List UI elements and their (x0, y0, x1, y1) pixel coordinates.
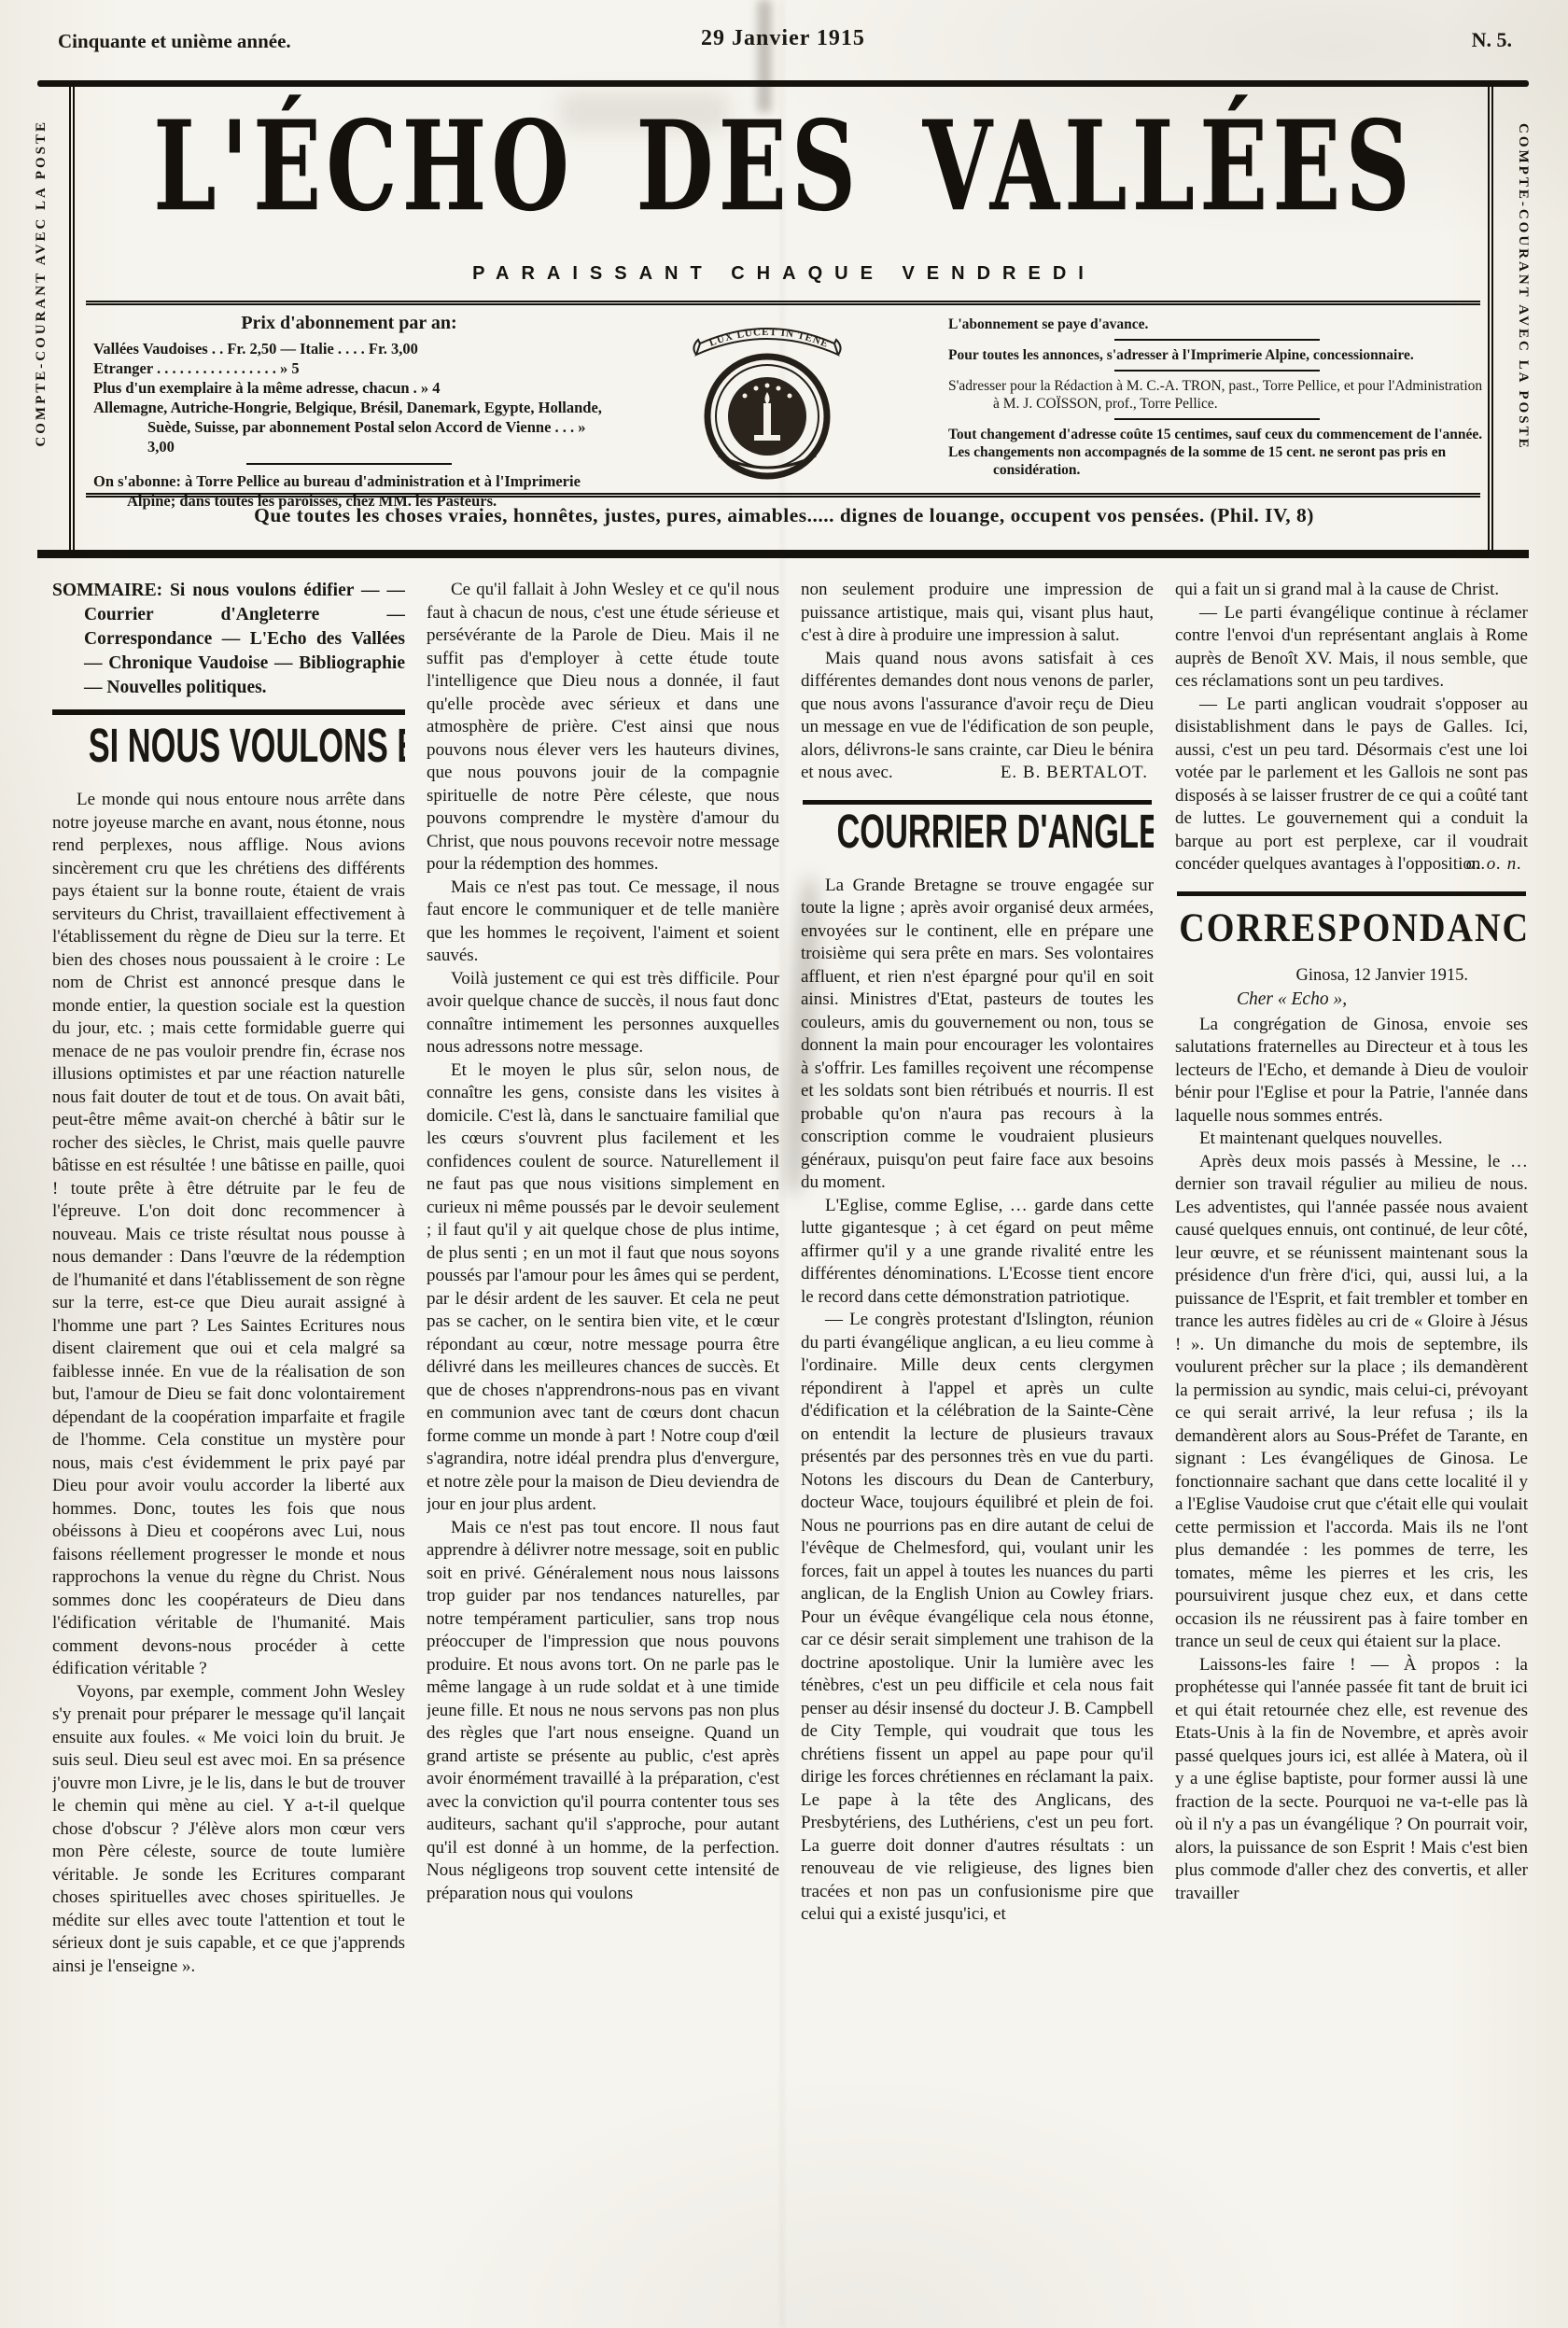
newspaper-subtitle: PARAISSANT CHAQUE VENDREDI (0, 263, 1568, 285)
price-line: Etranger . . . . . . . . . . . . . . . .… (93, 358, 605, 378)
masthead: L'ÉCHO DES VALLÉES (0, 93, 1568, 199)
divider (1177, 891, 1526, 896)
divider (86, 493, 1480, 498)
newspaper-page: Cinquante et unième année. 29 Janvier 19… (0, 0, 1568, 2328)
article-paragraph: Voilà justement ce qui est très difficil… (427, 968, 779, 1059)
author-signature-text: o. o. n. (1466, 854, 1522, 874)
price-line: Allemagne, Autriche-Hongrie, Belgique, B… (93, 398, 605, 456)
article-paragraph: Mais ce n'est pas tout. Ce message, il n… (427, 877, 779, 968)
notice-line: Tout changement d'adresse coûte 15 centi… (948, 426, 1486, 443)
scripture-motto: Que toutes les choses vraies, honnêtes, … (56, 504, 1512, 527)
article-paragraph: Ce qu'il fallait à John Wesley et ce qu'… (427, 579, 779, 877)
divider (246, 463, 452, 465)
svg-text:LUX LUCET IN TENEBRIS: LUX LUCET IN TENEBRIS (687, 306, 831, 350)
salutation: Cher « Echo », (1175, 989, 1528, 1010)
dateline: Ginosa, 12 Janvier 1915. (1175, 966, 1528, 986)
article-paragraph: La congrégation de Ginosa, envoie ses sa… (1175, 1014, 1528, 1129)
article-paragraph: qui a fait un si grand mal à la cause de… (1175, 579, 1528, 602)
article-paragraph: Le monde qui nous entoure nous arrête da… (52, 789, 405, 1681)
article-heading-correspondance: CORRESPONDANCE. (1175, 909, 1528, 951)
top-rule (37, 80, 1529, 87)
article-heading-text: COURRIER D'ANGLETERRE. (836, 806, 1154, 860)
article-paragraph: Après deux mois passés à Messine, le … d… (1175, 1151, 1528, 1654)
emblem-seal-icon: LUX LUCET IN TENEBRIS (687, 306, 847, 491)
article-paragraph: La Grande Bretagne se trouve engagée sur… (801, 875, 1154, 1195)
emblem-motto: LUX LUCET IN TENEBRIS (687, 306, 831, 350)
article-heading-text: CORRESPONDANCE. (1179, 904, 1528, 950)
column-1: SOMMAIRE: Si nous voulons édifier — — Co… (52, 579, 405, 2309)
divider (86, 301, 1480, 305)
top-bar: Cinquante et unième année. 29 Janvier 19… (37, 24, 1529, 62)
article-paragraph: Voyons, par exemple, comment John Wesley… (52, 1681, 405, 1979)
column-3: non seulement produire une impression de… (801, 579, 1154, 2309)
divider (1114, 370, 1320, 372)
divider (1114, 418, 1320, 420)
notice-line: Les changements non accompagnés de la so… (948, 443, 1486, 479)
notices-box: L'abonnement se paye d'avance. Pour tout… (948, 316, 1486, 479)
article-heading-courrier: COURRIER D'ANGLETERRE. (801, 818, 1154, 860)
divider (52, 709, 405, 715)
sommaire: SOMMAIRE: Si nous voulons édifier — — Co… (52, 579, 405, 700)
article-heading-text: SI NOUS VOULONS ÉDIFIER. (89, 720, 405, 774)
notice-line: S'adresser pour la Rédaction à M. C.-A. … (948, 377, 1486, 413)
masthead-emblem: LUX LUCET IN TENEBRIS (687, 306, 847, 496)
article-paragraph: — Le parti anglican voudrait s'opposer a… (1175, 694, 1528, 877)
divider (1114, 339, 1320, 341)
column-4: qui a fait un si grand mal à la cause de… (1175, 579, 1528, 2309)
article-paragraph: L'Eglise, comme Eglise, … garde dans cet… (801, 1195, 1154, 1310)
article-heading-edifier: SI NOUS VOULONS ÉDIFIER. (52, 732, 405, 774)
newspaper-title: L'ÉCHO DES VALLÉES (153, 93, 1415, 239)
article-paragraph: Et le moyen le plus sûr, selon nous, de … (427, 1059, 779, 1517)
article-paragraph: — Le congrès protestant d'Islington, réu… (801, 1309, 1154, 1927)
divider (803, 800, 1152, 805)
article-paragraph: Et maintenant quelques nouvelles. (1175, 1128, 1528, 1151)
article-paragraph: Laissons-les faire ! — À propos : la pro… (1175, 1654, 1528, 1906)
subscription-title: Prix d'abonnement par an: (93, 314, 605, 333)
column-2: Ce qu'il fallait à John Wesley et ce qu'… (427, 579, 779, 2309)
notice-line: L'abonnement se paye d'avance. (948, 316, 1486, 333)
price-line: Plus d'un exemplaire à la même adresse, … (93, 378, 605, 398)
article-paragraph: — Le parti évangélique continue à réclam… (1175, 602, 1528, 694)
issue-date: 29 Janvier 1915 (37, 26, 1529, 51)
notice-line: Pour toutes les annonces, s'adresser à l… (948, 346, 1486, 364)
issue-number: N. 5. (1472, 28, 1512, 52)
author-signature-text: E. B. BERTALOT. (1001, 763, 1148, 782)
article-paragraph: Mais ce n'est pas tout encore. Il nous f… (427, 1517, 779, 1906)
price-line: Vallées Vaudoises . . Fr. 2,50 — Italie … (93, 339, 605, 358)
heavy-rule (37, 550, 1529, 558)
article-paragraph: non seulement produire une impression de… (801, 579, 1154, 648)
